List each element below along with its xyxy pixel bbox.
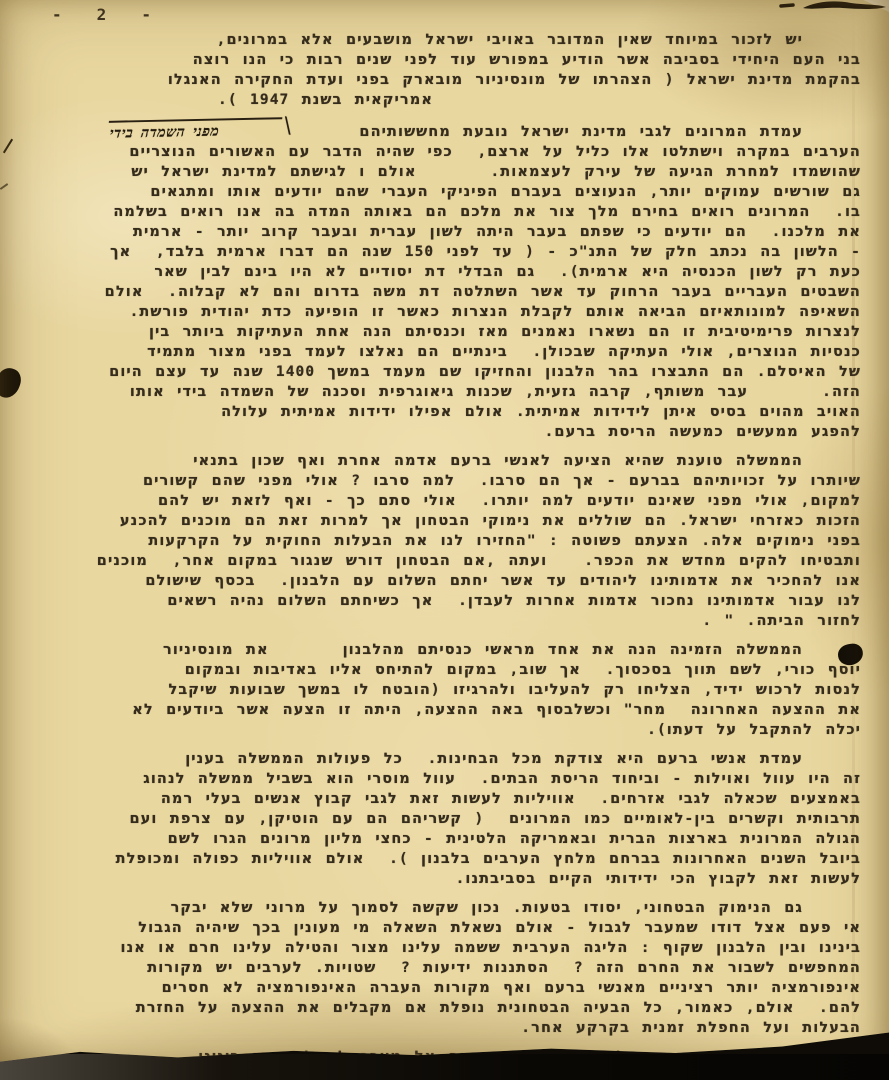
page-number-value: 2 [97,5,108,24]
text-line: אמריקאית בשנת 1947 ). [26,90,433,110]
text-line: המחפשים לשבור את החרם הזה ? הסתננות ידיע… [26,958,861,978]
text-line: אי פעם אצל דודו שמעבר לגבול - אולם נשאלת… [26,918,861,938]
text-line: יכלה להתקבל על דעתו). [26,720,861,740]
document-text: יש לזכור במיוחד שאין המדובר באויבי ישראל… [26,30,861,1076]
paragraph: עמדת המרונים לגבי מדינת ישראל נובעת מחשש… [26,119,861,442]
text-line: תרבותית וקשרים בין-לאומיים כמו המרונים (… [26,809,861,829]
text-line: הממשלה הזמינה הנה את אחד מראשי כנסיתם מה… [26,640,861,660]
text-line: הזה. עבר משותף, קרבה גזעית, שכנות גיאוגר… [26,382,861,402]
text-line: שהושמדו למחרת הגיעה של עירק לעצמאות. אול… [26,162,861,182]
text-line: זה היו עוול ואוילות - וביחוד הריסת הבתים… [26,769,861,789]
text-line: עמדת המרונים לגבי מדינת ישראל נובעת מחשש… [26,119,861,142]
page-number-dash-right: - [141,5,152,24]
paragraph: גם הנימוק הבטחוני, יסודו בטעות. נכון שקש… [26,898,861,1038]
text-line: כנסיות הנוצרים, אולי העתיקה שבכולן. בינת… [26,342,861,362]
page-number: - 2 - [52,5,152,24]
text-line: שיותרו על זכויותיהם בברעם - אך הם סרבו. … [26,471,861,491]
text-line: הערבים במקרה וישתלטו אלו כליל על ארצם, כ… [26,142,861,162]
text-line: לנסות לרכוש ידיד, הצליחו רק להעליבו ולהר… [26,680,861,700]
text-line: לחזור הביתה. " . [26,611,861,631]
text-line: את מלכנו. הם יודעים כי שפתם בעבר היתה לש… [26,222,861,242]
text-line: לעשות זאת לקבוץ הכי ידידותי הקיים בסביבת… [26,869,861,889]
paragraph: הממשלה טוענת שהיא הציעה לאנשי ברעם אדמה … [26,451,861,631]
text-line: להם. אולם, כאמור, כל הבעיה הבטחונית נופל… [26,998,861,1018]
text-line: השבטים העבריים בעבר הרחוק עד אשר השתלטה … [26,282,861,302]
document-page: - 2 - יש לזכור במיוחד שאין המדובר באויבי… [0,0,889,1080]
margin-pen-mark [0,183,8,190]
text-line: יוסף כורי, לשם תווך בסכסוך. אך שוב, במקו… [26,660,861,680]
text-line: כעת רק לשון הכנסיה היא ארמית). גם הבדלי … [26,262,861,282]
text-line: האויב מהוים בסיס איתן לידידות אמיתית. או… [26,402,861,422]
text-line: הגולה המרונית בארצות הברית ובאמריקה הלטי… [26,829,861,849]
text-line: בינינו ובין הלבנון שקוף : הליגה הערבית ש… [26,938,861,958]
text-line: להפגע ממעשים כמעשה הריסת ברעם. [26,422,861,442]
text-line: עמדת אנשי ברעם היא צודקת מכל הבחינות. כל… [26,749,861,769]
text-line: למקום, אולי מפני שאינם יודעים למה יותרו.… [26,491,861,511]
text-line: הזכות כאזרחי ישראל. הם שוללים את נימוקי … [26,511,861,531]
paragraph: עמדת אנשי ברעם היא צודקת מכל הבחינות. כל… [26,749,861,889]
text-line: לנו עבור אדמותינו נחכור אדמות אחרות לעבד… [26,591,861,611]
ink-blot-left-margin [0,365,24,401]
text-line: יש לזכור במיוחד שאין המדובר באויבי ישראל… [26,30,861,50]
text-line: ותבטיחו להקים מחדש את הכפר. ועתה ,אם הבט… [26,551,861,571]
text-line: ביובל השנים האחרונות בברחם מלחץ הערבים ב… [26,849,861,869]
text-line: הממשלה טוענת שהיא הציעה לאנשי ברעם אדמה … [26,451,861,471]
text-line: לנצרות פרימיטיבית זו הם נשארו נאמנים מאז… [26,322,861,342]
text-line: אנו להחכיר את אדמותינו ליהודים עד אשר יח… [26,571,861,591]
text-line: בו. המרונים רואים בחירם מלך צור את מלכם … [26,202,861,222]
text-line: של האיסלם. הם התבצרו בהר הלבנון והחזיקו … [26,362,861,382]
paragraph: יש לזכור במיוחד שאין המדובר באויבי ישראל… [26,30,861,110]
margin-pen-mark [3,139,13,154]
handwritten-annotation: מפני השמדה בידי [107,117,283,144]
paragraph: הממשלה הזמינה הנה את אחד מראשי כנסיתם מה… [26,640,861,740]
page-number-dash-left: - [52,5,63,24]
handwritten-scribble-mark [779,0,889,22]
text-line: בהקמת מדינת ישראל ( הצהרתו של מונסיניור … [26,70,861,90]
text-line: השאיפה למונותאיזם הביאה אותם לקבלת הנצרו… [26,302,861,322]
text-line: הבעלות ועל החפלת זמנית בקרקע אחר. [26,1018,861,1038]
text-line: גם שורשים עמוקים יותר, הנעוצים בעברם הפי… [26,182,861,202]
text-line: אינפורמציה יותר רציניים מאנשי ברעם ואף מ… [26,978,861,998]
text-line: באמצעים שכאלה לגבי אזרחים. אוויליות לעשו… [26,789,861,809]
text-line: - הלשון בה נכתב חלק של התנ"כ - ( עד לפני… [26,242,861,262]
text-line: את ההצעה האחרונה מחר" וכשלבסוף באה ההצעה… [26,700,861,720]
text-line: בפני נימוקים אלה. הצעתם פשוטה : "החזירו … [26,531,861,551]
scanner-background-strip [0,1054,889,1080]
text-line: גם הנימוק הבטחוני, יסודו בטעות. נכון שקש… [26,898,861,918]
text-line: בני העם היחידי בסביבה אשר הודיע במפורש ע… [26,50,861,70]
